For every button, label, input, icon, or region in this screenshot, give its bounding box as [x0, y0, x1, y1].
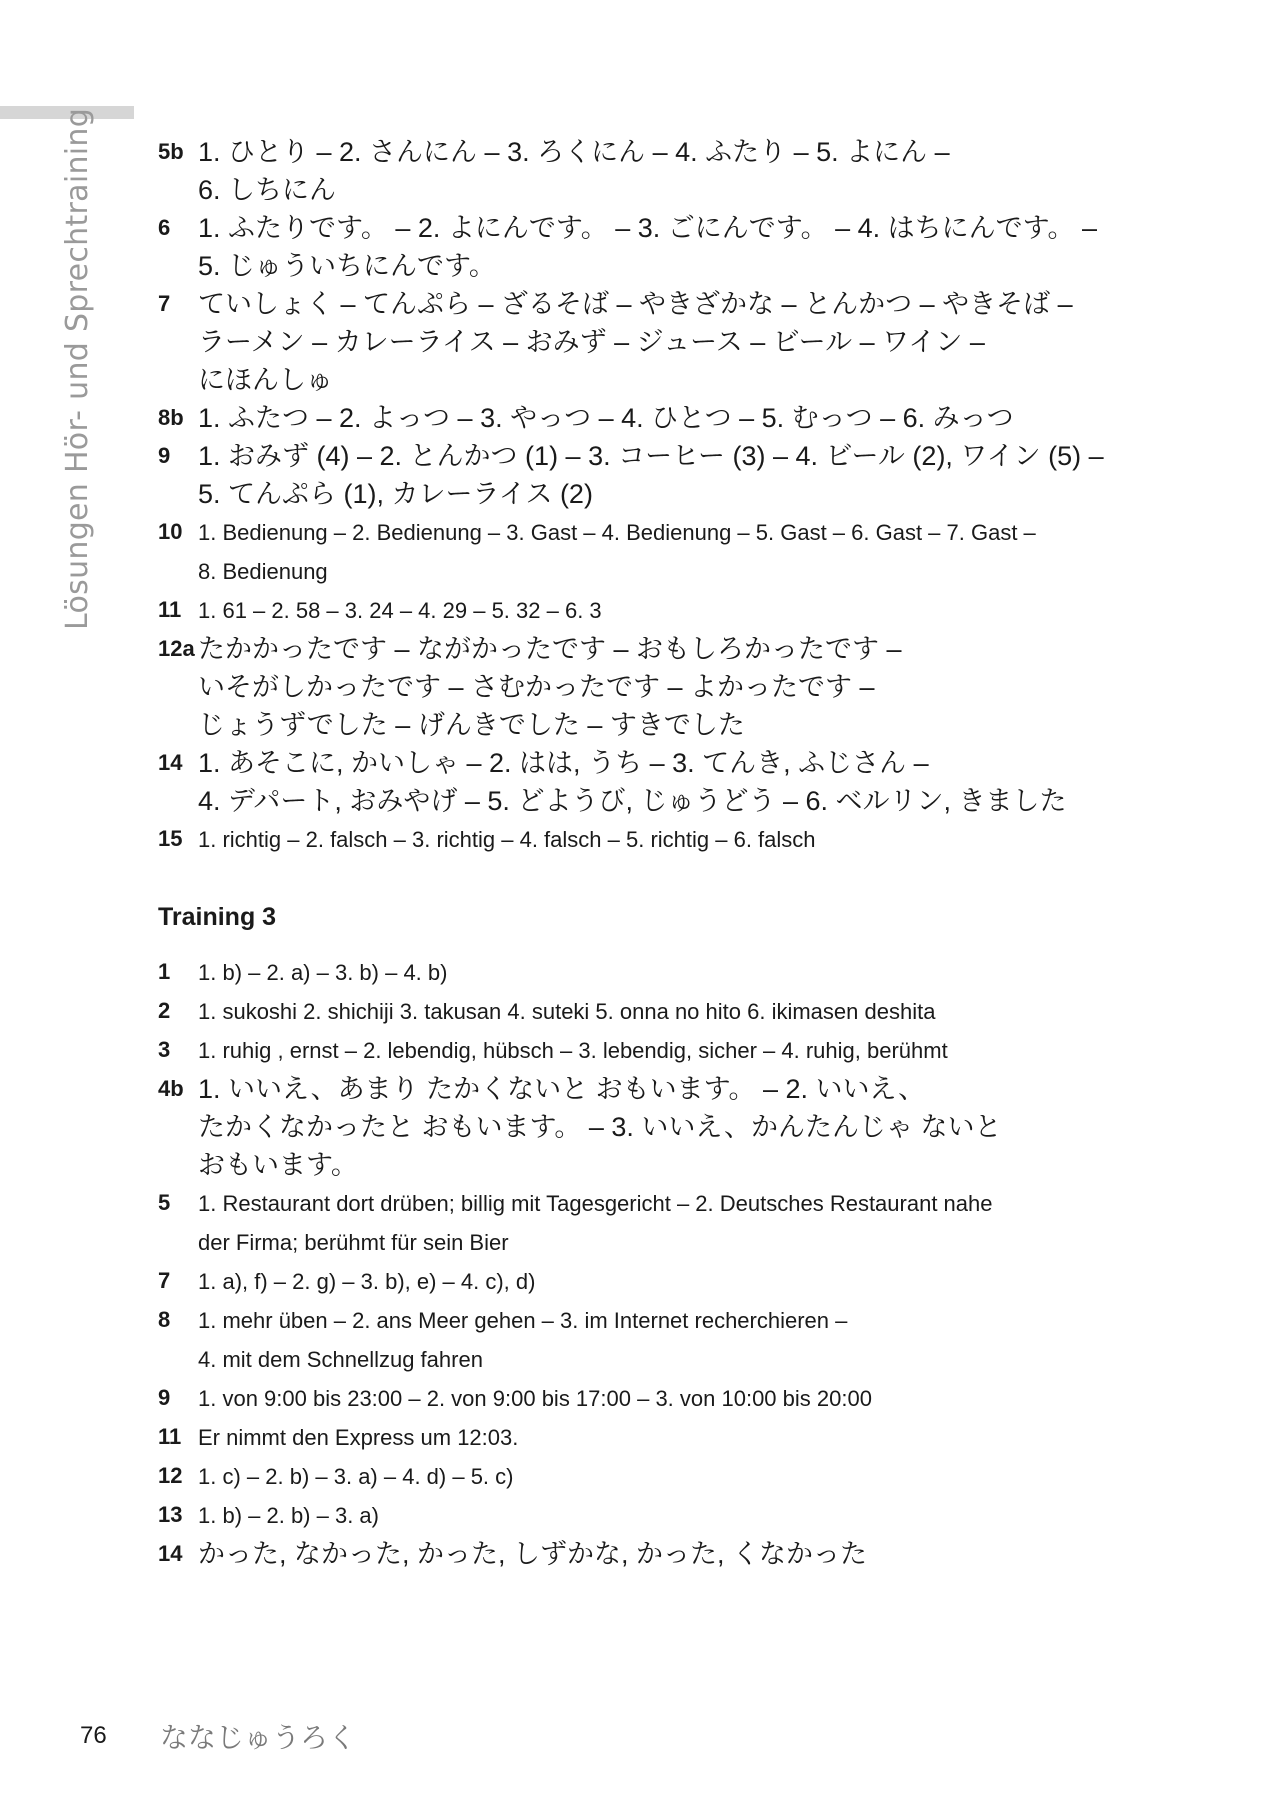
- answer-line: 1. ruhig , ernst – 2. lebendig, hübsch –…: [198, 1031, 1118, 1070]
- exercise-number: 11: [158, 591, 198, 629]
- exercise-number: 7: [158, 285, 198, 323]
- answer-text: 1. あそこに, かいしゃ – 2. はは, うち – 3. てんき, ふじさん…: [198, 744, 1118, 820]
- answer-entry: 8b1. ふたつ – 2. よっつ – 3. やっつ – 4. ひとつ – 5.…: [158, 399, 1118, 437]
- answer-text: 1. ふたつ – 2. よっつ – 3. やっつ – 4. ひとつ – 5. む…: [198, 399, 1118, 437]
- answer-text: 1. おみず (4) – 2. とんかつ (1) – 3. コーヒー (3) –…: [198, 437, 1118, 513]
- answer-line: 4. デパート, おみやげ – 5. どようび, じゅうどう – 6. ベルリン…: [198, 782, 1118, 820]
- answer-text: 1. c) – 2. b) – 3. a) – 4. d) – 5. c): [198, 1457, 1118, 1496]
- answer-line: じょうずでした – げんきでした – すきでした: [198, 706, 1118, 744]
- exercise-number: 10: [158, 513, 198, 551]
- answer-line: 1. 61 – 2. 58 – 3. 24 – 4. 29 – 5. 32 – …: [198, 591, 1118, 630]
- answer-entry: 31. ruhig , ernst – 2. lebendig, hübsch …: [158, 1031, 1118, 1070]
- section-heading: Training 3: [158, 897, 1118, 937]
- answer-text: 1. Restaurant dort drüben; billig mit Ta…: [198, 1184, 1118, 1262]
- answer-line: 8. Bedienung: [198, 552, 1118, 591]
- answer-text: 1. 61 – 2. 58 – 3. 24 – 4. 29 – 5. 32 – …: [198, 591, 1118, 630]
- exercise-number: 12a: [158, 630, 198, 668]
- answer-entry: 111. 61 – 2. 58 – 3. 24 – 4. 29 – 5. 32 …: [158, 591, 1118, 630]
- section-training-3-answers: 11. b) – 2. a) – 3. b) – 4. b)21. sukosh…: [158, 953, 1118, 1573]
- answer-line: 4. mit dem Schnellzug fahren: [198, 1340, 1118, 1379]
- answer-entry: 7ていしょく – てんぷら – ざるそば – やきざかな – とんかつ – やき…: [158, 285, 1118, 399]
- answer-line: 1. sukoshi 2. shichiji 3. takusan 4. sut…: [198, 992, 1118, 1031]
- answer-entry: 71. a), f) – 2. g) – 3. b), e) – 4. c), …: [158, 1262, 1118, 1301]
- answer-entry: 4b1. いいえ、あまり たかくないと おもいます。 – 2. いいえ、たかくな…: [158, 1070, 1118, 1184]
- answer-text: 1. b) – 2. b) – 3. a): [198, 1496, 1118, 1535]
- page-number-japanese: ななじゅうろく: [160, 1716, 356, 1756]
- page-number: 76: [80, 1722, 107, 1750]
- answer-line: 1. ふたりです。 – 2. よにんです。 – 3. ごにんです。 – 4. は…: [198, 209, 1118, 247]
- answer-line: たかくなかったと おもいます。 – 3. いいえ、かんたんじゃ ないと: [198, 1108, 1118, 1146]
- exercise-number: 14: [158, 1535, 198, 1573]
- answer-entry: 11Er nimmt den Express um 12:03.: [158, 1418, 1118, 1457]
- answer-line: 1. b) – 2. a) – 3. b) – 4. b): [198, 953, 1118, 992]
- answer-text: 1. ひとり – 2. さんにん – 3. ろくにん – 4. ふたり – 5.…: [198, 133, 1118, 209]
- answer-entry: 12aたかかったです – ながかったです – おもしろかったです –いそがしかっ…: [158, 630, 1118, 744]
- answer-text: 1. ふたりです。 – 2. よにんです。 – 3. ごにんです。 – 4. は…: [198, 209, 1118, 285]
- answer-entry: 61. ふたりです。 – 2. よにんです。 – 3. ごにんです。 – 4. …: [158, 209, 1118, 285]
- answer-text: たかかったです – ながかったです – おもしろかったです –いそがしかったです…: [198, 630, 1118, 744]
- answer-key: 5b1. ひとり – 2. さんにん – 3. ろくにん – 4. ふたり – …: [158, 133, 1118, 1573]
- answer-line: 1. richtig – 2. falsch – 3. richtig – 4.…: [198, 820, 1118, 859]
- answer-line: 1. von 9:00 bis 23:00 – 2. von 9:00 bis …: [198, 1379, 1118, 1418]
- answer-text: 1. いいえ、あまり たかくないと おもいます。 – 2. いいえ、たかくなかっ…: [198, 1070, 1118, 1184]
- answer-text: 1. b) – 2. a) – 3. b) – 4. b): [198, 953, 1118, 992]
- answer-line: 1. ひとり – 2. さんにん – 3. ろくにん – 4. ふたり – 5.…: [198, 133, 1118, 171]
- answer-line: 1. Restaurant dort drüben; billig mit Ta…: [198, 1184, 1118, 1223]
- answer-text: 1. a), f) – 2. g) – 3. b), e) – 4. c), d…: [198, 1262, 1118, 1301]
- answer-entry: 151. richtig – 2. falsch – 3. richtig – …: [158, 820, 1118, 859]
- answer-entry: 91. von 9:00 bis 23:00 – 2. von 9:00 bis…: [158, 1379, 1118, 1418]
- exercise-number: 12: [158, 1457, 198, 1495]
- exercise-number: 11: [158, 1418, 198, 1456]
- answer-line: 1. mehr üben – 2. ans Meer gehen – 3. im…: [198, 1301, 1118, 1340]
- answer-entry: 5b1. ひとり – 2. さんにん – 3. ろくにん – 4. ふたり – …: [158, 133, 1118, 209]
- answer-line: ていしょく – てんぷら – ざるそば – やきざかな – とんかつ – やきそ…: [198, 285, 1118, 323]
- answer-line: 1. b) – 2. b) – 3. a): [198, 1496, 1118, 1535]
- answer-line: 1. ふたつ – 2. よっつ – 3. やっつ – 4. ひとつ – 5. む…: [198, 399, 1118, 437]
- answer-entry: 91. おみず (4) – 2. とんかつ (1) – 3. コーヒー (3) …: [158, 437, 1118, 513]
- answer-line: 6. しちにん: [198, 171, 1118, 209]
- exercise-number: 6: [158, 209, 198, 247]
- running-title: Lösungen Hör- und Sprechtraining: [60, 108, 95, 630]
- answer-entry: 121. c) – 2. b) – 3. a) – 4. d) – 5. c): [158, 1457, 1118, 1496]
- exercise-number: 1: [158, 953, 198, 991]
- answer-line: にほんしゅ: [198, 361, 1118, 399]
- answer-line: 1. a), f) – 2. g) – 3. b), e) – 4. c), d…: [198, 1262, 1118, 1301]
- answer-text: 1. mehr üben – 2. ans Meer gehen – 3. im…: [198, 1301, 1118, 1379]
- answer-entry: 101. Bedienung – 2. Bedienung – 3. Gast …: [158, 513, 1118, 591]
- exercise-number: 8b: [158, 399, 198, 437]
- answer-entry: 131. b) – 2. b) – 3. a): [158, 1496, 1118, 1535]
- answer-line: 1. おみず (4) – 2. とんかつ (1) – 3. コーヒー (3) –…: [198, 437, 1118, 475]
- answer-text: 1. richtig – 2. falsch – 3. richtig – 4.…: [198, 820, 1118, 859]
- answer-line: 1. c) – 2. b) – 3. a) – 4. d) – 5. c): [198, 1457, 1118, 1496]
- answer-line: おもいます。: [198, 1146, 1118, 1184]
- exercise-number: 13: [158, 1496, 198, 1534]
- exercise-number: 7: [158, 1262, 198, 1300]
- answer-entry: 51. Restaurant dort drüben; billig mit T…: [158, 1184, 1118, 1262]
- answer-text: 1. von 9:00 bis 23:00 – 2. von 9:00 bis …: [198, 1379, 1118, 1418]
- answer-line: der Firma; berühmt für sein Bier: [198, 1223, 1118, 1262]
- exercise-number: 2: [158, 992, 198, 1030]
- exercise-number: 8: [158, 1301, 198, 1339]
- answer-line: 1. いいえ、あまり たかくないと おもいます。 – 2. いいえ、: [198, 1070, 1118, 1108]
- answer-line: Er nimmt den Express um 12:03.: [198, 1418, 1118, 1457]
- exercise-number: 3: [158, 1031, 198, 1069]
- answer-entry: 21. sukoshi 2. shichiji 3. takusan 4. su…: [158, 992, 1118, 1031]
- answer-text: 1. Bedienung – 2. Bedienung – 3. Gast – …: [198, 513, 1118, 591]
- answer-entry: 81. mehr üben – 2. ans Meer gehen – 3. i…: [158, 1301, 1118, 1379]
- answer-line: 1. あそこに, かいしゃ – 2. はは, うち – 3. てんき, ふじさん…: [198, 744, 1118, 782]
- answer-line: たかかったです – ながかったです – おもしろかったです –: [198, 630, 1118, 668]
- answer-text: ていしょく – てんぷら – ざるそば – やきざかな – とんかつ – やきそ…: [198, 285, 1118, 399]
- exercise-number: 9: [158, 1379, 198, 1417]
- exercise-number: 9: [158, 437, 198, 475]
- answer-text: かった, なかった, かった, しずかな, かった, くなかった: [198, 1535, 1118, 1573]
- answer-line: 5. てんぷら (1), カレーライス (2): [198, 475, 1118, 513]
- section-lesson-answers: 5b1. ひとり – 2. さんにん – 3. ろくにん – 4. ふたり – …: [158, 133, 1118, 859]
- exercise-number: 14: [158, 744, 198, 782]
- answer-line: 1. Bedienung – 2. Bedienung – 3. Gast – …: [198, 513, 1118, 552]
- answer-line: いそがしかったです – さむかったです – よかったです –: [198, 668, 1118, 706]
- answer-line: かった, なかった, かった, しずかな, かった, くなかった: [198, 1535, 1118, 1573]
- answer-entry: 11. b) – 2. a) – 3. b) – 4. b): [158, 953, 1118, 992]
- answer-line: ラーメン – カレーライス – おみず – ジュース – ビール – ワイン –: [198, 323, 1118, 361]
- answer-line: 5. じゅういちにんです。: [198, 247, 1118, 285]
- answer-text: Er nimmt den Express um 12:03.: [198, 1418, 1118, 1457]
- exercise-number: 15: [158, 820, 198, 858]
- exercise-number: 5: [158, 1184, 198, 1222]
- answer-entry: 14かった, なかった, かった, しずかな, かった, くなかった: [158, 1535, 1118, 1573]
- answer-text: 1. ruhig , ernst – 2. lebendig, hübsch –…: [198, 1031, 1118, 1070]
- answer-entry: 141. あそこに, かいしゃ – 2. はは, うち – 3. てんき, ふじ…: [158, 744, 1118, 820]
- exercise-number: 5b: [158, 133, 198, 171]
- answer-text: 1. sukoshi 2. shichiji 3. takusan 4. sut…: [198, 992, 1118, 1031]
- exercise-number: 4b: [158, 1070, 198, 1108]
